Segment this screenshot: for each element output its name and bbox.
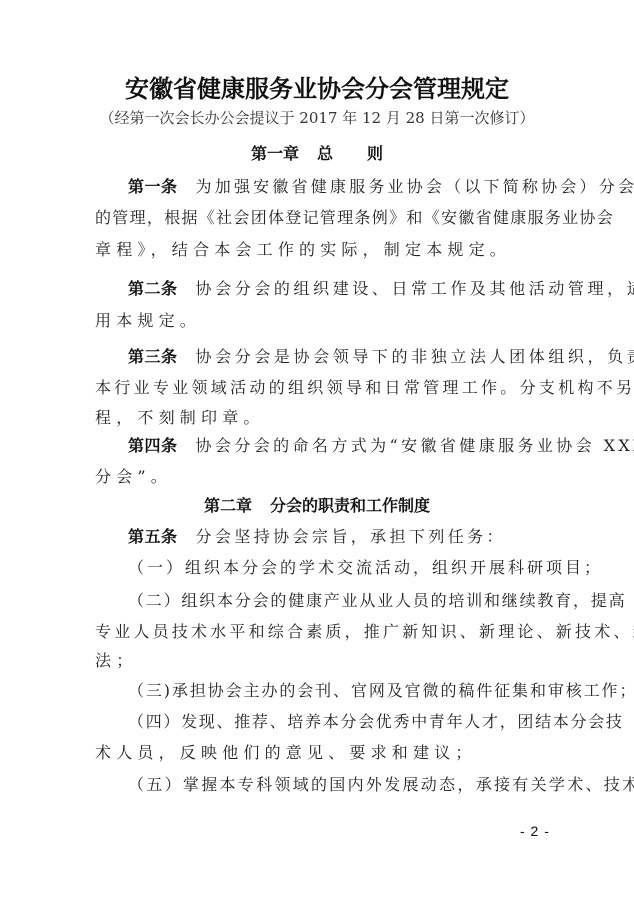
article-1-line-1: 第一条为加强安徽省健康服务业协会（以下简称协会）分会 [128, 175, 548, 199]
article-5-item-4-line-1: （四）发现、推荐、培养本分会优秀中青年人才，团结本分会技 [128, 710, 548, 734]
article-5-item-3: （三)承担协会主办的会刊、官网及官微的稿件征集和审核工作； [128, 679, 548, 703]
document-page: 安徽省健康服务业协会分会管理规定 （经第一次会长办公会提议于 2017 年 12… [0, 0, 634, 903]
article-5-intro-text: 分会坚持协会宗旨，承担下列任务： [196, 527, 506, 546]
article-3-line-1: 第三条协会分会是协会领导下的非独立法人团体组织，负责 [128, 345, 548, 369]
article-2-text: 协会分会的组织建设、日常工作及其他活动管理，适 [196, 279, 634, 298]
article-4-label: 第四条 [128, 436, 178, 455]
chapter-2-number: 第二章 [204, 496, 252, 515]
article-3-label: 第三条 [128, 347, 178, 366]
article-5-label: 第五条 [128, 527, 178, 546]
article-5-item-2-line-2: 专业人员技术水平和综合素质，推广新知识、新理论、新技术、新方 [95, 620, 545, 644]
article-2-line-2: 用本规定。 [95, 309, 545, 333]
article-5-item-2-line-3: 法； [95, 649, 545, 673]
document-subtitle: （经第一次会长办公会提议于 2017 年 12 月 28 日第一次修订） [0, 106, 634, 130]
chapter-2-name: 分会的职责和工作制度 [270, 496, 430, 515]
chapter-1-name-part1: 总 [317, 144, 333, 163]
document-title: 安徽省健康服务业协会分会管理规定 [0, 72, 634, 106]
article-1-label: 第一条 [128, 177, 178, 196]
article-5-intro: 第五条分会坚持协会宗旨，承担下列任务： [128, 525, 548, 549]
chapter-1-heading: 第一章总则 [0, 142, 634, 166]
page-number: - 2 - [520, 823, 550, 839]
article-3-line-2: 本行业专业领域活动的组织领导和日常管理工作。分支机构不另设章 [95, 376, 545, 400]
article-1-text: 为加强安徽省健康服务业协会（以下简称协会）分会 [196, 177, 634, 196]
chapter-1-number: 第一章 [251, 144, 299, 163]
article-3-text: 协会分会是协会领导下的非独立法人团体组织，负责 [196, 347, 634, 366]
article-4-line-2: 分会”。 [95, 465, 545, 489]
article-4-line-1: 第四条协会分会的命名方式为“安徽省健康服务业协会 XXX [128, 434, 548, 458]
chapter-1-name-part2: 则 [367, 144, 383, 163]
article-2-label: 第二条 [128, 279, 178, 298]
article-5-item-2-line-1: （二）组织本分会的健康产业从业人员的培训和继续教育，提高 [128, 589, 548, 613]
article-1-line-2: 的管理，根据《社会团体登记管理条例》和《安徽省健康服务业协会 [95, 206, 545, 230]
article-1-line-3: 章程》，结合本会工作的实际，制定本规定。 [95, 238, 545, 262]
article-4-text: 协会分会的命名方式为“安徽省健康服务业协会 XXX [196, 436, 634, 455]
article-5-item-4-line-2: 术人员，反映他们的意见、要求和建议； [95, 741, 545, 765]
chapter-2-heading: 第二章分会的职责和工作制度 [0, 494, 634, 518]
article-5-item-1: （一）组织本分会的学术交流活动，组织开展科研项目； [128, 556, 548, 580]
article-3-line-3: 程，不刻制印章。 [95, 406, 545, 430]
article-2-line-1: 第二条协会分会的组织建设、日常工作及其他活动管理，适 [128, 277, 548, 301]
article-5-item-5-line-1: （五）掌握本专科领域的国内外发展动态，承接有关学术、技术 [128, 773, 548, 797]
